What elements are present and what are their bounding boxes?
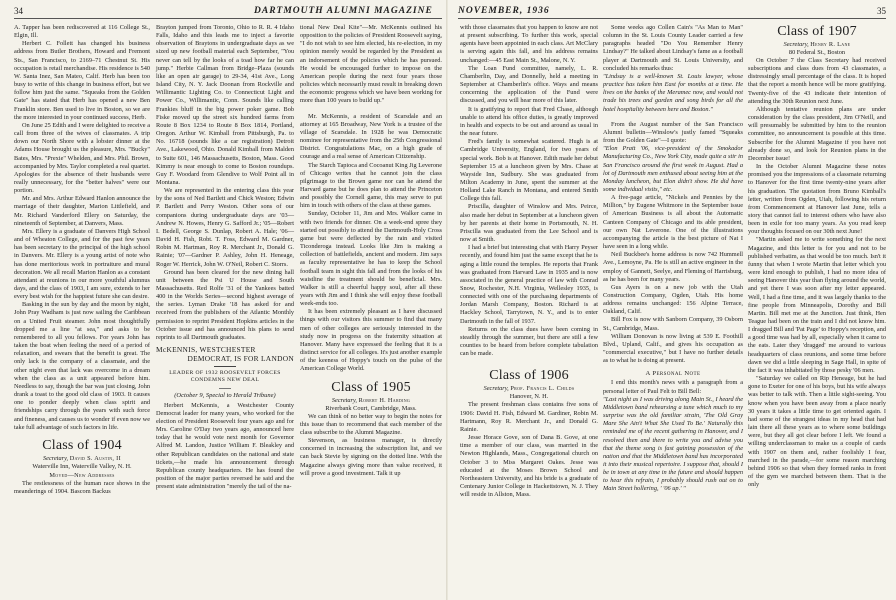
header-rule [14, 18, 442, 19]
paragraph: Sunday, October 11, Jim and Mrs. Walker … [300, 210, 442, 308]
paragraph: William Donovan is now living at 539 E. … [603, 333, 743, 366]
paragraph: The Loan Fund committee, namely, L. R. C… [460, 65, 598, 106]
secretary-label: Secretary, [484, 385, 509, 392]
secretary-name: Prof. Francis L. Childs [510, 385, 574, 392]
paragraph: Mr. and Mrs. Arthur Edward Hanlon announ… [14, 195, 150, 228]
paragraph: Some weeks ago Collen Cain's "As Man to … [603, 24, 743, 73]
header-rule [458, 18, 886, 19]
secretary-name: Henry R. Lane [810, 41, 850, 48]
paragraph: tional New Deal Kite"—Mr. McKennis outli… [300, 24, 442, 106]
news-headline-line-2: DEMOCRAT, IS FOR LANDON [156, 354, 294, 363]
secretary-line: Secretary, Robert H. Harding [300, 397, 442, 405]
class-heading-1907: Class of 1907 [748, 24, 886, 40]
paragraph: Herbert McKennis, a Westchester County D… [156, 402, 294, 492]
secretary-line: Secretary, Henry R. Lane [748, 41, 886, 49]
paragraph: Stevenson, as business manager, is direc… [300, 437, 442, 478]
divider [214, 366, 236, 367]
left-column-3: tional New Deal Kite"—Mr. McKennis outli… [300, 24, 442, 478]
class-heading-1904: Class of 1904 [14, 438, 150, 454]
right-column-1: with those classmates that you happen to… [460, 24, 598, 499]
paragraph: Gus Ayers is on a new job with the Utah … [603, 284, 743, 317]
paragraph: "Saturday we called on Rip Heneage, but … [748, 375, 886, 489]
paragraph: I had a brief but interesting chat with … [460, 244, 598, 326]
class-heading-1906: Class of 1906 [460, 368, 598, 384]
paragraph: The restlessness of the human race shows… [14, 480, 150, 496]
paragraph: From the August number of the San Franci… [603, 121, 743, 145]
paragraph: Basking in the sun by day and the moon b… [14, 301, 150, 432]
secretary-label: Secretary, [784, 41, 809, 48]
secretary-address: 80 Federal St., Boston [748, 49, 886, 57]
secretary-label: Secretary, [43, 455, 68, 462]
quote: "Last night as I was driving along Main … [603, 396, 743, 494]
spacer [300, 106, 442, 113]
news-subhead: LEADER OF 1932 ROOSEVELT FORCES CONDEMNS… [156, 370, 294, 384]
right-column-3: Class of 1907 Secretary, Henry R. Lane 8… [748, 22, 886, 489]
page-number: 35 [877, 6, 886, 16]
class-heading-1905: Class of 1905 [300, 380, 442, 396]
left-page: 34 DARTMOUTH ALUMNI MAGAZINE A. Tapper h… [0, 0, 447, 600]
secretary-address: Hanover, N. H. [460, 393, 598, 401]
secretary-name: Robert H. Harding [359, 397, 411, 404]
paragraph: Neil Buckbee's home address is now 742 H… [603, 251, 743, 284]
paragraph: We can think of no better way to begin t… [300, 413, 442, 437]
right-running-head: NOVEMBER, 1936 35 [448, 6, 896, 18]
paragraph: A five-page article, "Nickels and Pennie… [603, 194, 743, 251]
paragraph: On June 25 Edith and I were delighted to… [14, 122, 150, 195]
news-headline-line-1: McKENNIS, WESTCHESTER [156, 345, 294, 354]
personal-note-heading: A Personal Note [603, 369, 743, 378]
divider [219, 388, 231, 389]
paragraph: Brayton jumped from Toronto, Ohio to R. … [156, 24, 294, 187]
paragraph: Mr. McKennis, a resident of Scarsdale an… [300, 113, 442, 162]
quote: "Elon Pratt '06, vice-president of the S… [603, 145, 743, 194]
left-column-2: Brayton jumped from Toronto, Ohio to R. … [156, 24, 294, 491]
paragraph: In the October Alumni Magazine these not… [748, 163, 886, 236]
right-column-2: Some weeks ago Collen Cain's "As Man to … [603, 24, 743, 494]
secretary-label: Secretary, [332, 397, 357, 404]
paragraph: with those classmates that you happen to… [460, 24, 598, 65]
paragraph: The Starch Tapioca and Cocoanut King Jig… [300, 162, 442, 211]
right-page: NOVEMBER, 1936 35 with those classmates … [448, 0, 896, 600]
paragraph: Although tentative reunion plans are und… [748, 106, 886, 163]
page-number: 34 [14, 6, 23, 16]
secretary-address: Riverbank Court, Cambridge, Mass. [300, 405, 442, 413]
paragraph: The present freshman class contains five… [460, 401, 598, 434]
quote: "Lindsay is a well-known St. Louis lawye… [603, 73, 743, 114]
paragraph: Bill Fox is now with Sanborn Company, 39… [603, 316, 743, 332]
paragraph: Ground has been cleared for the new dini… [156, 269, 294, 342]
secretary-line: Secretary, David S. Austin, II [14, 455, 150, 463]
paragraph: I end this month's news with a paragraph… [603, 379, 743, 395]
news-dateline: (October 9, Special to Herald Tribune) [156, 392, 294, 400]
left-column-1: A. Tapper has been rediscovered at 116 C… [14, 24, 150, 496]
paragraph: It has been extremely pleasant as I have… [300, 308, 442, 373]
paragraph: Fred's family is somewhat scattered. Hug… [460, 138, 598, 203]
paragraph: Jesse Horace Gove, son of Dana B. Gove, … [460, 434, 598, 499]
paragraph: On October 7 the Class Secretary had rec… [748, 57, 886, 106]
running-title: NOVEMBER, 1936 [458, 6, 550, 16]
paragraph: We are represented in the entering class… [156, 187, 294, 269]
spacer [603, 114, 743, 121]
paragraph: Mrs. Ellery is a graduate of Danvers Hig… [14, 228, 150, 301]
paragraph: A. Tapper has been rediscovered at 116 C… [14, 24, 150, 40]
left-running-head: 34 DARTMOUTH ALUMNI MAGAZINE [0, 6, 447, 18]
paragraph: Herbert C. Follett has changed his busin… [14, 40, 150, 122]
paragraph: Priscilla, daughter of Winslow and Mrs. … [460, 203, 598, 244]
subhead-moved: Moved—New Addresses [14, 472, 150, 480]
running-title: DARTMOUTH ALUMNI MAGAZINE [254, 6, 433, 16]
paragraph: "Martin asked me to write something for … [748, 236, 886, 375]
paragraph: It is gratifying to report that Fred Cha… [460, 106, 598, 139]
secretary-address: Waterville Inn, Waterville Valley, N. H. [14, 463, 150, 471]
secretary-name: David S. Austin, II [70, 455, 121, 462]
paragraph: Returns on the class dues have been comi… [460, 326, 598, 359]
secretary-line: Secretary, Prof. Francis L. Childs [460, 385, 598, 393]
